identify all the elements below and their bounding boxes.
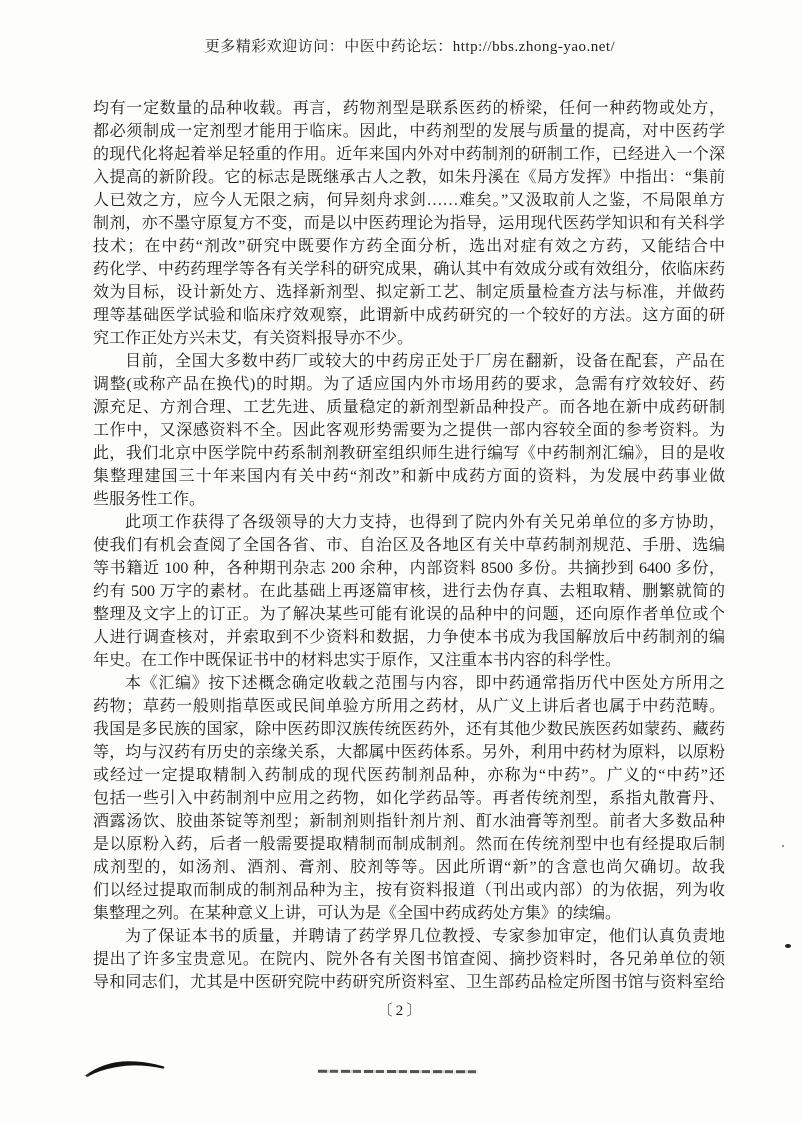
text-line: 药化学、中药药理学等各有关学科的研究成果，确认其中有效成分或有效组分，依临床药 [93,258,725,281]
text-line: 制剂，亦不墨守原复方不变，而是以中医药理论为指导，运用现代医药学知识和有关科学 [93,212,725,235]
text-line: 都必须制成一定剂型才能用于临床。因此，中药剂型的发展与质量的提高，对中医药学 [93,120,725,143]
text-line: 酒露汤饮、胶曲茶锭等剂型；新制剂则指针剂片剂、酊水油膏等剂型。前者大多数品种 [93,810,725,833]
text-line: 究工作正处方兴未艾，有关资料报导亦不少。 [93,327,725,350]
text-line: 等，均与汉药有历史的亲缘关系，大都属中医药体系。另外，利用中药材为原料，以原粉 [93,741,725,764]
page-number: 〔2〕 [0,999,802,1020]
text-line: 是以原粉入药，后者一般需要提取精制而制成制剂。然而在传统剂型中也有经提取后制 [93,833,725,856]
body-text-block: 均有一定数量的品种收载。再言，药物剂型是联系医药的桥梁，任何一种药物或处方， 都… [93,97,725,994]
text-line: 集整理之列。在某种意义上讲，可认为是《全国中药成药处方集》的续编。 [93,902,725,925]
text-line: 入提高的新阶段。它的标志是既继承古人之教，如朱丹溪在《局方发挥》中指出：“集前 [93,166,725,189]
text-line: 工作中，又深感资料不全。因此客观形势需要为之提供一部内容较全面的参考资料。为 [93,419,725,442]
text-line: 技术；在中药“剂改”研究中既要作方药全面分析，选出对症有效之方药，又能结合中 [93,235,725,258]
ink-smudge-mark [84,1058,166,1078]
text-line: 此，我们北京中医学院中药系制剂教研室组织师生进行编写《中药制剂汇编》，目的是收 [93,442,725,465]
text-line: 导和同志们，尤其是中医研究院中药研究所资料室、卫生部药品检定所图书馆与资料室给 [93,971,725,994]
text-line: 人进行调查核对，并索取到不少资料和数据，力争使本书成为我国解放后中药制剂的编 [93,626,725,649]
text-line: 目前，全国大多数中药厂或较大的中药房正处于厂房在翻新，设备在配套，产品在 [93,350,725,373]
text-line: 们以经过提取而制成的制剂品种为主，按有资料报道（刊出或内部）的为依据，列为收 [93,879,725,902]
text-line: 此项工作获得了各级领导的大力支持，也得到了院内外有关兄弟单位的多方协助， [93,511,725,534]
text-line: 的现代化将起着举足轻重的作用。近年来国内外对中药制剂的研制工作，已经进入一个深 [93,143,725,166]
text-line: 我国是多民族的国家，除中医药即汉族传统医药外，还有其他少数民族医药如蒙药、藏药 [93,718,725,741]
scanned-page: 更多精彩欢迎访问：中医中药论坛：http://bbs.zhong-yao.net… [0,0,802,1122]
text-line: 均有一定数量的品种收载。再言，药物剂型是联系医药的桥梁，任何一种药物或处方， [93,97,725,120]
text-line: 成剂型的，如汤剂、酒剂、膏剂、胶剂等等。因此所谓“新”的含意也尚欠确切。故我 [93,856,725,879]
text-line: 年史。在工作中既保证书中的材料忠实于原作，又注重本书内容的科学性。 [93,649,725,672]
forum-banner-text: 更多精彩欢迎访问：中医中药论坛：http://bbs.zhong-yao.net… [0,35,802,56]
text-line: 提出了许多宝贵意见。在院内、院外各有关图书馆查阅、摘抄资料时，各兄弟单位的领 [93,948,725,971]
text-line: 约有 500 万字的素材。在此基础上再逐篇审核，进行去伪存真、去粗取精、删繁就简… [93,580,725,603]
ink-speck [782,845,784,847]
text-line: 包括一些引入中药制剂中应用之药物，如化学药品等。再者传统剂型，系指丸散膏丹、 [93,787,725,810]
text-line: 源充足、方剂合理、工艺先进、质量稳定的新剂型新品种投产。而各地在新中成药研制 [93,396,725,419]
ink-speck [785,944,791,948]
text-line: 理等基础医学试验和临床疗效观察，此谓新中成药研究的一个较好的方法。这方面的研 [93,304,725,327]
text-line: 效为目标，设计新处方、选择新剂型、拟定新工艺、制定质量检查方法与标准，并做药 [93,281,725,304]
text-line: 人已效之方，应今人无限之病，何异刻舟求剑……难矣。”又汲取前人之鉴，不局限单方 [93,189,725,212]
text-line: 整理及文字上的订正。为了解决某些可能有讹误的品种中的问题，还向原作者单位或个 [93,603,725,626]
text-line: 本《汇编》按下述概念确定收载之范围与内容，即中药通常指历代中医处方所用之 [93,672,725,695]
scan-dashed-line [318,1070,478,1073]
text-line: 或经过一定提取精制入药制成的现代医药制剂品种，亦称为“中药”。广义的“中药”还 [93,764,725,787]
text-line: 调整(或称产品在换代)的时期。为了适应国内外市场用药的要求，急需有疗效较好、药 [93,373,725,396]
text-line: 些服务性工作。 [93,488,725,511]
text-line: 集整理建国三十年来国内有关中药“剂改”和新中成药方面的资料，为发展中药事业做 [93,465,725,488]
text-line: 使我们有机会查阅了全国各省、市、自治区及各地区有关中草药制剂规范、手册、选编 [93,534,725,557]
text-line: 药物；草药一般则指草医或民间单验方所用之药材，从广义上讲后者也属于中药范畴。 [93,695,725,718]
text-line: 等书籍近 100 种，各种期刊杂志 200 余种，内部资料 8500 多份。共摘… [93,557,725,580]
text-line: 为了保证本书的质量，并聘请了药学界几位教授、专家参加审定，他们认真负责地 [93,925,725,948]
